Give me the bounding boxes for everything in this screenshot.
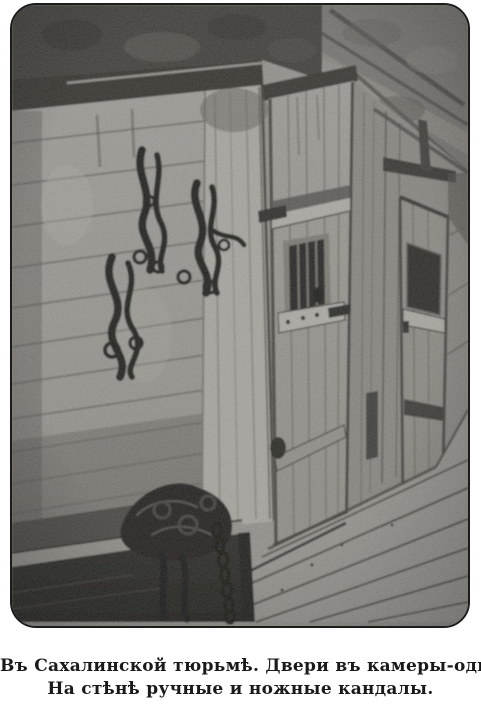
caption-line-2: На стѣнѣ ручные и ножные кандалы. — [0, 678, 481, 701]
photo-frame — [10, 3, 470, 628]
photo-caption: Въ Сахалинской тюрьмѣ. Двери въ камеры-о… — [0, 655, 481, 701]
caption-line-1: Въ Сахалинской тюрьмѣ. Двери въ камеры-о… — [0, 655, 481, 678]
grain-overlay-light — [12, 5, 468, 626]
photo-illustration — [12, 5, 468, 626]
book-page: Въ Сахалинской тюрьмѣ. Двери въ камеры-о… — [0, 0, 481, 704]
